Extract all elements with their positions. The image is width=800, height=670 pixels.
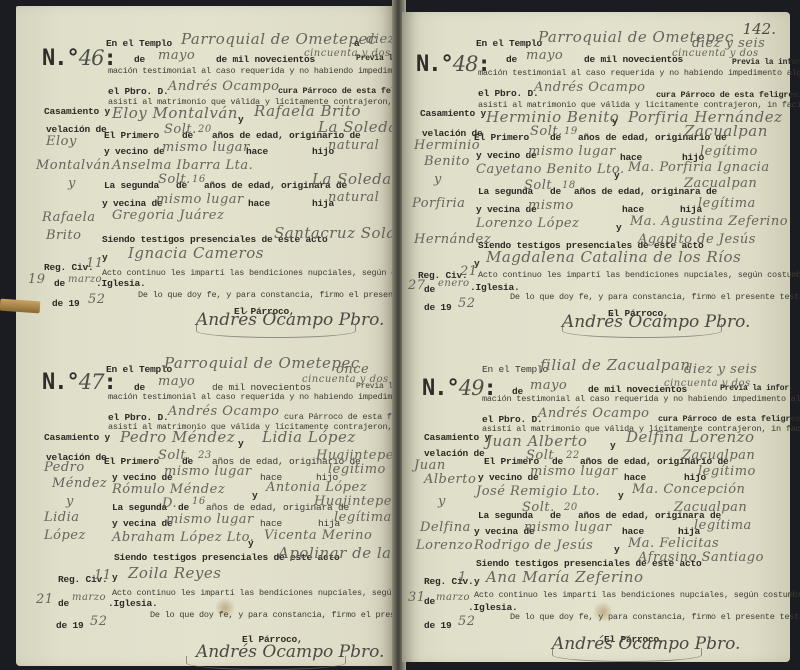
groom-origin: Zacualpan bbox=[684, 122, 768, 140]
label-casamiento: Casamiento y bbox=[420, 108, 486, 119]
bride-parents: Abraham López Lto. bbox=[112, 530, 254, 545]
label-iglesia: .Iglesia. bbox=[96, 278, 146, 289]
margin-name: Herminio bbox=[414, 138, 480, 153]
bride-parents: Gregoria Juárez bbox=[112, 208, 224, 223]
label-en-el-templo: En el Templo bbox=[482, 364, 548, 375]
bride-parents-2: Vicenta Merino bbox=[264, 528, 372, 543]
label-y: y bbox=[252, 490, 258, 501]
groom-name: Eloy Montalván bbox=[112, 104, 238, 122]
label-y-vecino: y vecino de bbox=[104, 146, 165, 157]
label-y: y bbox=[614, 170, 620, 181]
bride-filiation: legítima bbox=[694, 518, 752, 533]
bride-filiation: natural bbox=[328, 190, 379, 205]
witness-2: Magdalena Catalina de los Ríos bbox=[486, 248, 741, 266]
label-y: y bbox=[614, 544, 620, 555]
label-de: de bbox=[424, 596, 435, 607]
label-y: y bbox=[248, 538, 254, 549]
month: mayo bbox=[530, 378, 567, 393]
margin-name: Rafaela bbox=[42, 210, 96, 225]
label-la-segunda: La segunda bbox=[112, 502, 167, 513]
margin-name: Porfiria bbox=[412, 196, 465, 211]
label-iglesia: .Iglesia. bbox=[108, 598, 158, 609]
registry-day: 27 bbox=[408, 278, 426, 293]
groom-parents-2: Ma. Porfiria Ignacia bbox=[628, 160, 770, 175]
label-de: de bbox=[58, 598, 69, 609]
label-de: de bbox=[550, 186, 561, 197]
label-de-19: de 19 bbox=[56, 620, 84, 631]
groom-age: 20 bbox=[198, 124, 212, 135]
groom-parents-2: Antonia López bbox=[266, 480, 367, 495]
label-de: de bbox=[134, 54, 145, 65]
registry-year: 52 bbox=[458, 614, 476, 629]
label-y: y bbox=[238, 114, 244, 125]
label-de: de bbox=[506, 54, 517, 65]
groom-residence: mismo lugar bbox=[162, 140, 250, 155]
bride-parents: Rodrigo de Jesús bbox=[474, 538, 593, 553]
witness-1: Afrasino Santiago bbox=[638, 550, 764, 565]
priest-name: Andrés Ocampo bbox=[534, 80, 645, 95]
label-de-19: de 19 bbox=[424, 302, 452, 313]
groom-parents: José Remigio Lto. bbox=[476, 484, 600, 499]
label-y: y bbox=[474, 576, 480, 587]
groom-origin: Zacualpan bbox=[682, 448, 755, 463]
bride-age: 20 bbox=[564, 502, 578, 513]
margin-name: Lorenzo bbox=[416, 538, 473, 553]
registry-month: enero bbox=[438, 278, 470, 289]
label-y: y bbox=[610, 440, 616, 451]
margin-name: Lidia bbox=[44, 510, 80, 525]
church-name: Parroquial de Ometepec bbox=[181, 30, 377, 48]
bride-residence: mismo lugar bbox=[166, 512, 254, 527]
groom-age: 23 bbox=[198, 450, 212, 461]
label-previa: Previa la infor- bbox=[720, 384, 794, 393]
bride-name: Lidia López bbox=[262, 428, 356, 446]
label-y: y bbox=[112, 572, 118, 583]
label-casamiento: Casamiento y bbox=[44, 432, 110, 443]
label-de: de bbox=[550, 132, 561, 143]
groom-parents: Anselma Ibarra Lta. bbox=[112, 158, 253, 173]
margin-name: Montalván bbox=[36, 158, 111, 173]
month: mayo bbox=[526, 48, 563, 63]
right-page: 142. N.°48: En el Templo Parroquial de O… bbox=[402, 12, 790, 662]
bride-origin: La Soledad bbox=[312, 170, 402, 188]
label-de-19: de 19 bbox=[424, 620, 452, 631]
registry-year: 52 bbox=[458, 296, 476, 311]
bride-filiation: legítima bbox=[334, 510, 392, 525]
label-previa: Previa la infor- bbox=[732, 58, 800, 67]
scanned-book-spread: N.°46: En el Templo Parroquial de Ometep… bbox=[0, 0, 800, 670]
register-entry: N.°46: En el Templo Parroquial de Ometep… bbox=[16, 6, 396, 331]
margin-name: Pedro bbox=[44, 460, 85, 475]
month: mayo bbox=[158, 48, 195, 63]
groom-name: Pedro Méndez bbox=[120, 428, 235, 446]
margin-name: Brito bbox=[46, 228, 81, 243]
label-acto-continuo: Acto continuo les impartí las bendicione… bbox=[474, 590, 800, 600]
label-macion: mación testimonial al caso requerida y n… bbox=[478, 68, 800, 78]
signature-flourish bbox=[196, 324, 356, 338]
registry-day: 31 bbox=[408, 590, 426, 605]
entry-number: N.°47: bbox=[42, 370, 116, 395]
label-mil-novecientos: de mil novecientos bbox=[584, 54, 683, 65]
groom-parents-2: Ma. Concepción bbox=[632, 482, 745, 497]
bookmark-ribbon bbox=[0, 299, 40, 314]
label-de: de bbox=[424, 284, 435, 295]
witness-2: Ana María Zeferino bbox=[486, 568, 644, 586]
day: diez bbox=[366, 32, 395, 47]
day: diez y seis bbox=[684, 362, 757, 377]
bleed-through-text bbox=[56, 400, 61, 409]
priest-name: Andrés Ocampo bbox=[538, 406, 649, 421]
label-de-lo-que: De lo que doy fe, y para constancia, fir… bbox=[510, 612, 800, 622]
groom-parents: Rómulo Méndez bbox=[112, 482, 225, 497]
label-el-primero: El Primero bbox=[104, 456, 159, 467]
groom-filiation: legítimo bbox=[328, 462, 386, 477]
register-entry: N.°48: En el Templo Parroquial de Ometep… bbox=[402, 12, 790, 337]
groom-age: 19 bbox=[564, 126, 578, 137]
register-entry: N.°49: En el Templo filial de Zacualpan … bbox=[402, 340, 790, 665]
margin-name: Delfina bbox=[420, 520, 471, 535]
bride-parents-2: Ma. Felicitas bbox=[628, 536, 719, 551]
label-de-19: de 19 bbox=[52, 298, 80, 309]
label-de: de bbox=[176, 180, 187, 191]
margin-name: Benito bbox=[424, 154, 470, 169]
bride-origin: Huajintepec bbox=[314, 494, 400, 509]
civil-registry-number: 11 bbox=[94, 568, 112, 583]
label-casamiento: Casamiento y bbox=[424, 432, 490, 443]
label-de-lo-que: De lo que doy fe, y para constancia, fir… bbox=[510, 292, 800, 302]
groom-residence: mismo lugar bbox=[530, 464, 618, 479]
groom-age: 22 bbox=[566, 450, 580, 461]
registry-year: 52 bbox=[88, 292, 106, 307]
church-name: filial de Zacualpan bbox=[540, 356, 691, 374]
register-entry: N.°47: En el Templo Parroquial de Ometep… bbox=[16, 334, 396, 659]
label-y: y bbox=[616, 222, 622, 233]
label-y: y bbox=[618, 490, 624, 501]
label-y: y bbox=[238, 438, 244, 449]
label-el-primero: El Primero bbox=[104, 130, 159, 141]
bride-origin: Zacualpan bbox=[684, 176, 757, 191]
label-y: y bbox=[612, 116, 618, 127]
registry-day: 19 bbox=[28, 272, 46, 287]
margin-name: y bbox=[68, 176, 76, 191]
groom-residence: mismo lugar bbox=[528, 144, 616, 159]
groom-filiation: natural bbox=[328, 138, 379, 153]
label-el-pbro: el Pbro. D. bbox=[478, 88, 539, 99]
signature-flourish bbox=[562, 324, 722, 338]
groom-filiation: legítimo bbox=[698, 464, 756, 479]
margin-name: y bbox=[438, 494, 446, 509]
label-mil-novecientos: de mil novecientos bbox=[216, 54, 315, 65]
signature-flourish bbox=[552, 648, 702, 662]
bride-residence: mismo bbox=[528, 198, 574, 213]
civil-registry-number: 11 bbox=[86, 256, 104, 271]
margin-name: Eloy bbox=[46, 134, 77, 149]
registry-month: marzo bbox=[72, 592, 106, 603]
label-cura-parroco: cura Párroco de esta feligresía bbox=[656, 90, 800, 100]
witness-2: Ignacia Cameros bbox=[128, 244, 264, 262]
label-macion: mación testimonial al caso requerida y n… bbox=[482, 394, 800, 404]
margin-name: López bbox=[44, 528, 86, 543]
label-casamiento: Casamiento y bbox=[44, 106, 110, 117]
witness-1: Agapito de Jesús bbox=[638, 232, 756, 247]
left-page: N.°46: En el Templo Parroquial de Ometep… bbox=[16, 6, 396, 666]
margin-name: Juan bbox=[414, 458, 446, 473]
margin-name: y bbox=[66, 494, 74, 509]
bride-age: 16 bbox=[192, 496, 206, 507]
bride-parents-2: Ma. Agustina Zeferino bbox=[630, 214, 788, 229]
month: mayo bbox=[158, 374, 195, 389]
bride-name: Delfina Lorenzo bbox=[626, 428, 755, 446]
civil-registry-number: 21 bbox=[460, 264, 478, 279]
bride-filiation: legítima bbox=[698, 196, 756, 211]
witness-2: Zoila Reyes bbox=[128, 564, 221, 582]
margin-name: Alberto bbox=[424, 472, 476, 487]
label-de: de bbox=[54, 278, 65, 289]
registry-year: 52 bbox=[90, 614, 108, 629]
label-hace: hace bbox=[246, 146, 268, 157]
label-la-segunda: La segunda bbox=[104, 180, 159, 191]
priest-name: Andrés Ocampo bbox=[168, 79, 279, 94]
priest-name: Andrés Ocampo bbox=[168, 404, 279, 419]
label-y-vecina: y vecina de bbox=[112, 518, 173, 529]
civil-registry-number: 1 bbox=[458, 570, 467, 585]
bride-status: D. bbox=[162, 496, 177, 511]
bride-residence: mismo lugar bbox=[524, 520, 612, 535]
bride-parents: Lorenzo López bbox=[476, 216, 579, 231]
bride-residence: mismo lugar bbox=[156, 192, 244, 207]
margin-name: Méndez bbox=[52, 476, 107, 491]
registry-month: marzo bbox=[436, 592, 470, 603]
label-el-pbro: el Pbro. D. bbox=[108, 86, 169, 97]
label-acto-continuo: Acto continuo les impartí las bendicione… bbox=[478, 270, 800, 280]
margin-name: y bbox=[434, 172, 442, 187]
groom-residence: mismo lugar bbox=[164, 464, 252, 479]
groom-parents: Cayetano Benito Lto. bbox=[476, 162, 625, 177]
label-el-primero: El Primero bbox=[474, 132, 529, 143]
label-hace: hace bbox=[248, 198, 270, 209]
entry-number: N.°46: bbox=[42, 46, 116, 71]
registry-day: 21 bbox=[36, 592, 54, 607]
signature-flourish bbox=[186, 656, 346, 670]
bride-origin: Zacualpan bbox=[674, 500, 747, 515]
label-cura-parroco: cura Párroco de esta feligresía bbox=[658, 414, 800, 424]
groom-origin: Huajintepec bbox=[316, 448, 402, 463]
church-name: Parroquial de Ometepec bbox=[164, 354, 360, 372]
groom-filiation: legítimo bbox=[700, 144, 758, 159]
